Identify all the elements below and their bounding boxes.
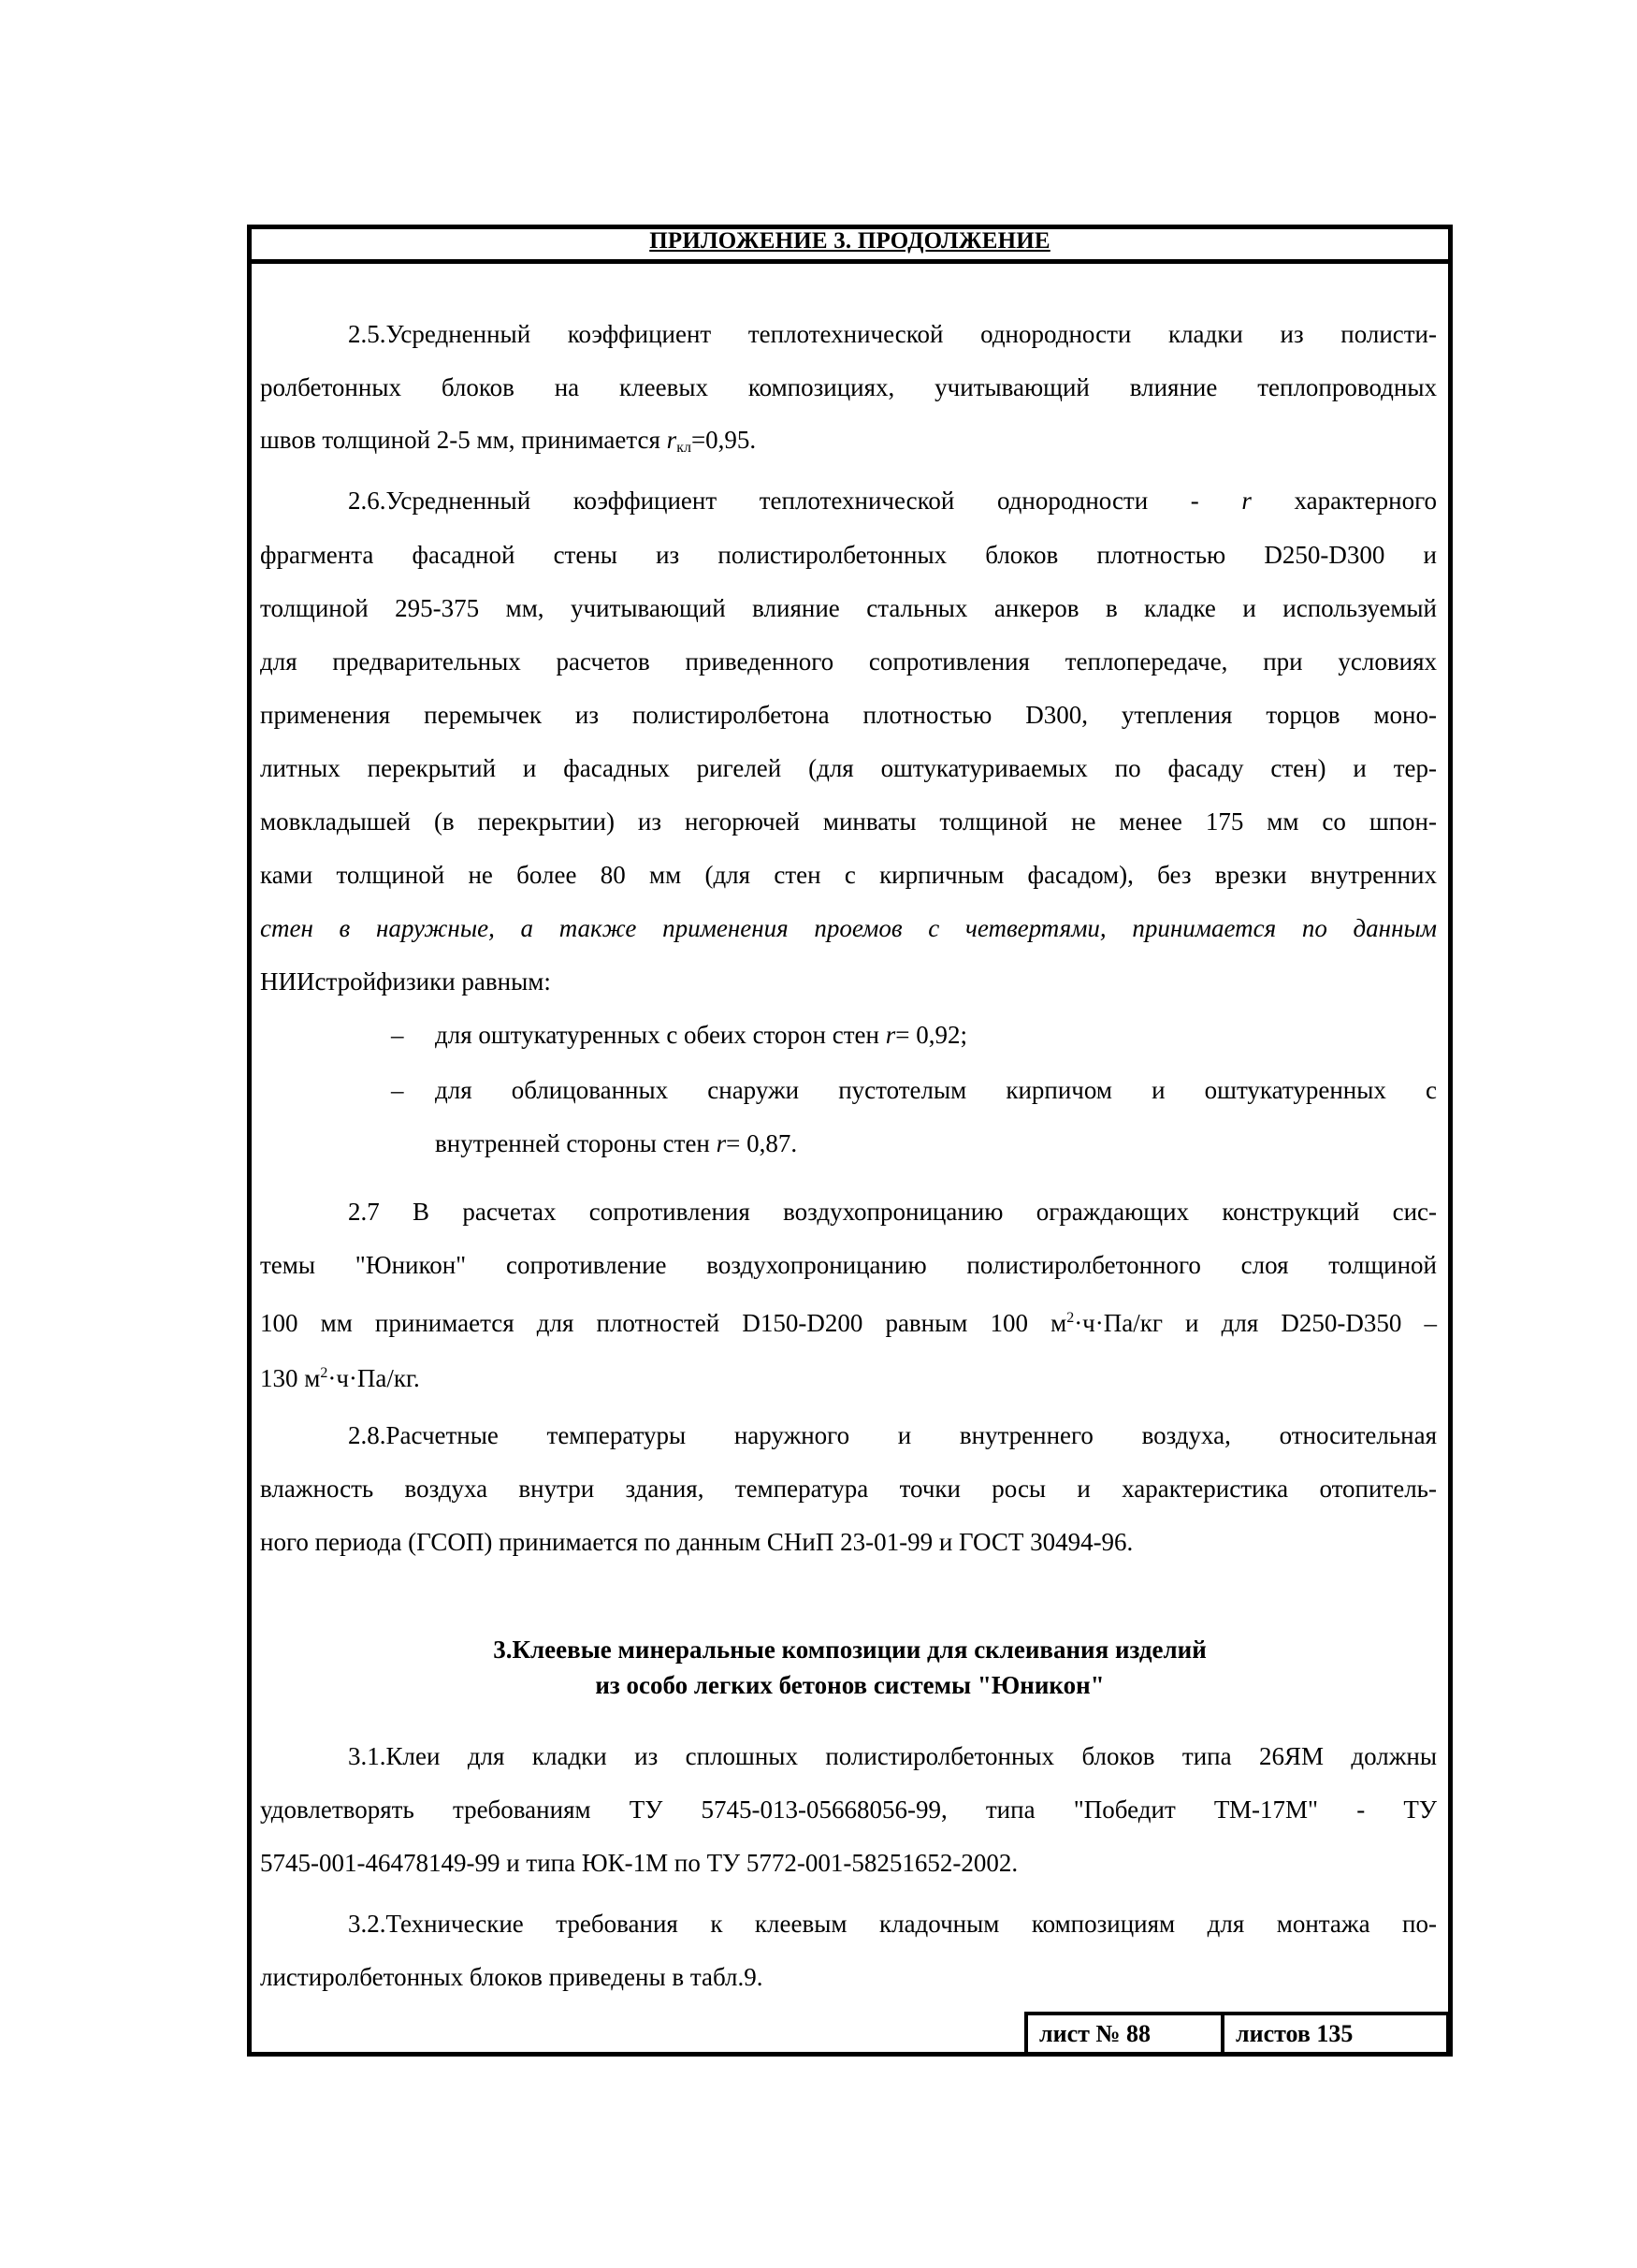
p26-line-2: фрагмента фасадной стены из полистиролбе… bbox=[260, 541, 1437, 569]
p27-line-4: 130 м2·ч·Па/кг. bbox=[260, 1359, 420, 1392]
p28-line-3: ного периода (ГСОП) принимается по данны… bbox=[260, 1528, 1133, 1556]
p31-line-1: 3.1.Клеи для кладки из сплошных полистир… bbox=[348, 1742, 1437, 1770]
page-header: ПРИЛОЖЕНИЕ 3. ПРОДОЛЖЕНИЕ bbox=[247, 225, 1453, 264]
bullet-dash: – bbox=[391, 1076, 404, 1104]
p26-line-10: НИИстройфизики равным: bbox=[260, 967, 551, 996]
p31-line-2: удовлетворять требованиям ТУ 5745-013-05… bbox=[260, 1795, 1437, 1824]
sheets-total: листов 135 bbox=[1224, 2015, 1446, 2055]
bullet-item-2-cont: внутренней стороны стен r= 0,87. bbox=[435, 1129, 797, 1157]
p32-line-2: листиролбетонных блоков приведены в табл… bbox=[260, 1963, 762, 1991]
p26-line-1: 2.6.Усредненный коэффициент теплотехниче… bbox=[348, 487, 1437, 515]
page-title: ПРИЛОЖЕНИЕ 3. ПРОДОЛЖЕНИЕ bbox=[247, 228, 1453, 254]
r-symbol: r bbox=[886, 1021, 896, 1049]
sheet-stamp: лист № 88 листов 135 bbox=[1024, 2012, 1450, 2055]
p26-line-3: толщиной 295-375 мм, учитывающий влияние… bbox=[260, 594, 1437, 622]
r-symbol: r bbox=[667, 426, 677, 454]
p27-line-2: темы "Юникон" сопротивление воздухопрони… bbox=[260, 1251, 1437, 1279]
p27-line-1: 2.7 В расчетах сопротивления воздухопрон… bbox=[348, 1198, 1437, 1226]
p26-line-8: ками толщиной не более 80 мм (для стен с… bbox=[260, 861, 1437, 889]
p26-line-6: литных перекрытий и фасадных ригелей (дл… bbox=[260, 754, 1437, 782]
sheet-number: лист № 88 bbox=[1028, 2015, 1224, 2055]
p26-line-9: стен в наружные, а также применения прое… bbox=[260, 914, 1437, 942]
p25-line-2: ролбетонных блоков на клеевых композиция… bbox=[260, 373, 1437, 401]
p28-line-2: влажность воздуха внутри здания, темпера… bbox=[260, 1475, 1437, 1503]
p31-line-3: 5745-001-46478149-99 и типа ЮК-1М по ТУ … bbox=[260, 1849, 1018, 1877]
p32-line-1: 3.2.Технические требования к клеевым кла… bbox=[348, 1910, 1437, 1938]
p26-line-4: для предварительных расчетов приведенног… bbox=[260, 647, 1437, 676]
r-symbol: r bbox=[717, 1129, 727, 1157]
p28-line-1: 2.8.Расчетные температуры наружного и вн… bbox=[348, 1421, 1437, 1449]
bullet-item-2: для облицованных снаружи пустотелым кирп… bbox=[435, 1076, 1437, 1104]
p26-line-7: мовкладышей (в перекрытии) из негорючей … bbox=[260, 807, 1437, 836]
bullet-item-1: для оштукатуренных с обеих сторон стен r… bbox=[435, 1021, 967, 1049]
p25-line-3: швов толщиной 2-5 мм, принимается rкл=0,… bbox=[260, 426, 756, 462]
section-3-title-line-2: из особо легких бетонов системы "Юникон" bbox=[247, 1671, 1453, 1699]
p27-line-3: 100 мм принимается для плотностей D150-D… bbox=[260, 1304, 1437, 1337]
p26-line-5: применения перемычек из полистиролбетона… bbox=[260, 701, 1437, 729]
r-subscript: кл bbox=[676, 440, 691, 456]
bullet-dash: – bbox=[391, 1021, 404, 1049]
p25-line-1: 2.5.Усредненный коэффициент теплотехниче… bbox=[348, 320, 1437, 348]
section-3-title-line-1: 3.Клеевые минеральные композиции для скл… bbox=[247, 1636, 1453, 1664]
r-symbol: r bbox=[1241, 487, 1252, 515]
